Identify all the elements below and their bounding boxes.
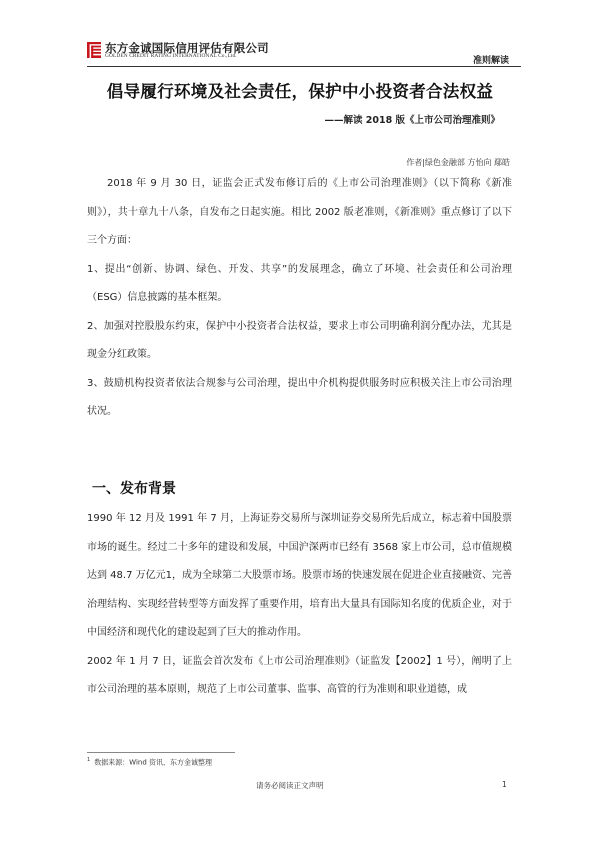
footnote-marker: 1: [87, 757, 90, 763]
section-heading: 一、发布背景: [92, 478, 176, 498]
document-title: 倡导履行环境及社会责任，保护中小投资者合法权益: [80, 78, 520, 102]
body-paragraph: 1990 年 12 月及 1991 年 7 月，上海证券交易所与深圳证券交易所先…: [87, 505, 512, 648]
page-header: 东方金诚国际信用评估有限公司 GOLDEN CREDIT RATING INTE…: [87, 40, 521, 68]
footnote-divider: [87, 752, 235, 753]
header-divider: [87, 66, 521, 67]
company-logo-icon: [87, 42, 101, 58]
document-category: 准则解读: [473, 53, 509, 66]
intro-section: 2018 年 9 月 30 日，证监会正式发布修订后的《上市公司治理准则》（以下…: [87, 170, 512, 427]
footnote: 1数据来源：Wind 资讯，东方金诚整理: [87, 757, 212, 767]
point-item: 2、加强对控股股东约束，保护中小投资者合法权益，要求上市公司明确利润分配办法，尤…: [87, 313, 512, 370]
point-item: 1、提出“创新、协调、绿色、开发、共享”的发展理念，确立了环境、社会责任和公司治…: [87, 256, 512, 313]
author-line: 作者|绿色金融部 方怡向 鄢皓: [406, 157, 510, 168]
page-number: 1: [502, 780, 507, 789]
document-subtitle: ——解读 2018 版《上市公司治理准则》: [324, 112, 500, 126]
company-name-en: GOLDEN CREDIT RATING INTERNATIONAL Co.,L…: [105, 53, 237, 59]
body-paragraph: 2002 年 1 月 7 日，证监会首次发布《上市公司治理准则》（证监发【200…: [87, 648, 512, 705]
point-item: 3、鼓励机构投资者依法合规参与公司治理，提出中介机构提供服务时应积极关注上市公司…: [87, 370, 512, 427]
section-body: 1990 年 12 月及 1991 年 7 月，上海证券交易所与深圳证券交易所先…: [87, 505, 512, 705]
intro-paragraph: 2018 年 9 月 30 日，证监会正式发布修订后的《上市公司治理准则》（以下…: [87, 170, 512, 256]
disclaimer-notice: 请务必阅读正文声明: [256, 780, 324, 791]
footnote-text: 数据来源：Wind 资讯，东方金诚整理: [94, 758, 212, 766]
